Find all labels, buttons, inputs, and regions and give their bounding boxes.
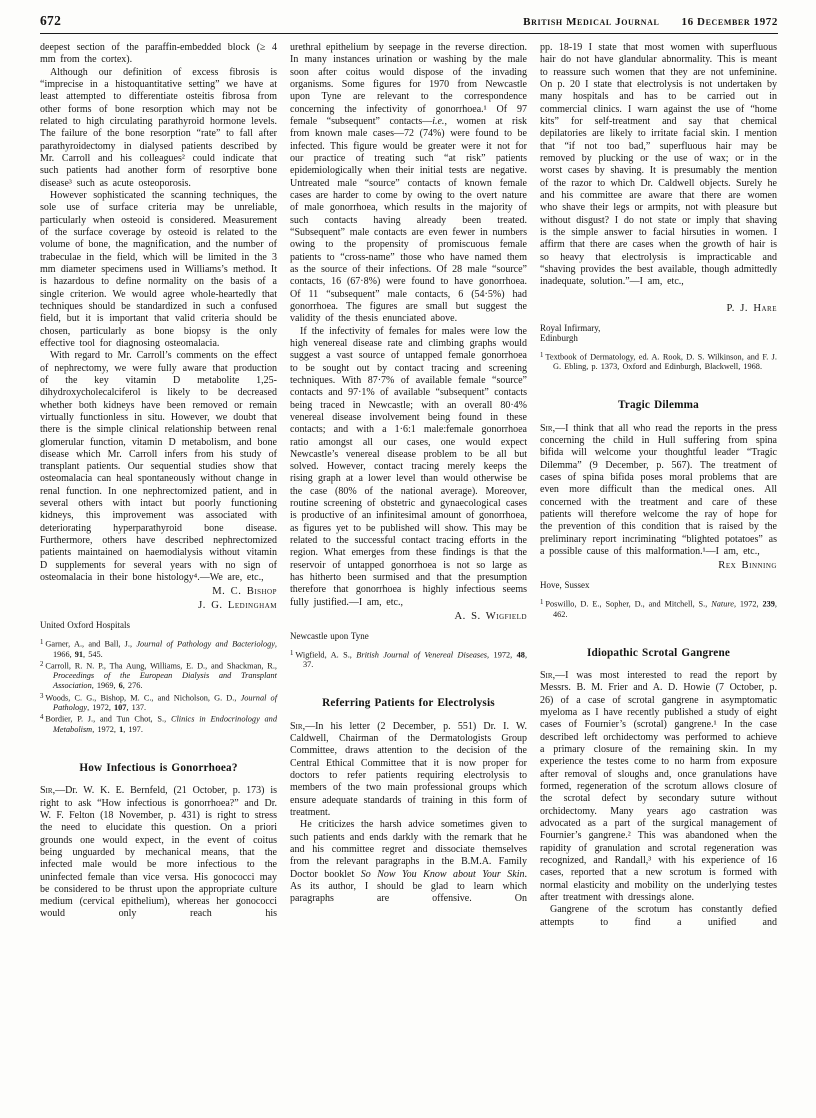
signature: Rex Binning [540,559,777,572]
text-run: , 1972, [92,725,119,734]
address: United Oxford Hospitals [40,620,277,631]
page-header: 672 British Medical Journal16 December 1… [0,0,816,29]
text-run: Bordier, P. J., and Tun Chot, S., [45,715,171,724]
text-run: ,—I was most interested to read the repo… [540,670,777,903]
paragraph: Sir,—I was most interested to read the r… [540,670,777,904]
text-run: deepest section of the paraffin-embedded… [40,42,277,65]
text-run: So Now You Know about Your Skin [361,869,525,880]
text-run: If the infectivity of females for males … [290,326,527,608]
address: Newcastle upon Tyne [290,631,527,642]
text-run: , 276. [123,681,143,690]
reference-number: 3 [40,693,43,700]
reference-item: 4Bordier, P. J., and Tun Chot, S., Clini… [40,713,277,735]
text-run: Sir [290,721,303,732]
reference-list: 1Garner, A., and Ball, J., Journal of Pa… [40,638,277,735]
text-run: Sir [540,423,553,434]
reference-item: 1Garner, A., and Ball, J., Journal of Pa… [40,638,277,660]
text-run: , 545. [83,650,103,659]
column-1: deepest section of the paraffin-embedded… [40,42,277,929]
signature: A. S. Wigfield [290,610,527,623]
column-3: pp. 18-19 I state that most women with s… [540,42,777,929]
text-run: Sir [540,670,553,681]
text-run: Poswillo, D. E., Sopher, D., and Mitchel… [545,599,711,608]
text-run: urethral epithelium by seepage in the re… [290,42,527,127]
reference-number: 4 [40,714,43,721]
text-run: , 1972, [487,650,517,659]
text-run: 48 [517,650,525,659]
reference-item: 3Woods, C. G., Bishop, M. C., and Nichol… [40,692,277,714]
text-run: 107 [114,703,126,712]
text-run: ,—Dr. W. K. E. Bernfeld, (21 October, p.… [40,785,277,919]
text-columns: deepest section of the paraffin-embedded… [0,34,816,929]
text-run: Proceedings of the European Dialysis and… [53,671,277,690]
letter-heading: How Infectious is Gonorrhoea? [40,762,277,774]
text-run: 91 [75,650,83,659]
journal-title: British Medical Journal [523,16,659,28]
text-run: Sir [40,785,53,796]
text-run: Textbook of Dermatology, ed. A. Rook, D.… [545,352,777,371]
text-run: Journal of Pathology and Bacteriology [136,640,275,649]
reference-item: 2Carroll, R. N. P., Tha Aung, Williams, … [40,660,277,692]
reference-list: 1Poswillo, D. E., Sopher, D., and Mitche… [540,598,777,620]
letter-heading: Tragic Dilemma [540,399,777,411]
reference-list: 1Wigfield, A. S., British Journal of Ven… [290,649,527,671]
paragraph: pp. 18-19 I state that most women with s… [540,42,777,289]
address-line: United Oxford Hospitals [40,620,277,631]
paragraph: Gangrene of the scrotum has constantly d… [540,904,777,929]
signature: J. G. Ledingham [40,599,277,612]
text-run: , 1972, [87,703,114,712]
text-run: , 197. [123,725,143,734]
text-run: Wigfield, A. S., [295,650,356,659]
paragraph: Sir,—In his letter (2 December, p. 551) … [290,721,527,820]
text-run: With regard to Mr. Carroll’s comments on… [40,350,277,583]
page-number: 672 [40,13,61,29]
signature: M. C. Bishop [40,585,277,598]
paragraph: If the infectivity of females for males … [290,326,527,610]
letter-heading: Referring Patients for Electrolysis [290,697,527,709]
paragraph: Sir,—I think that all who read the repor… [540,423,777,559]
address: Hove, Sussex [540,580,777,591]
text-run: i.e. [432,116,444,127]
text-run: , 1972, [734,599,763,608]
reference-number: 1 [290,650,293,657]
text-run: ,—I think that all who read the reports … [540,423,777,557]
text-run: 239 [762,599,774,608]
issue-date: 16 December 1972 [682,16,779,28]
column-2: urethral epithelium by seepage in the re… [290,42,527,929]
letter-heading: Idiopathic Scrotal Gangrene [540,647,777,659]
reference-item: 1Wigfield, A. S., British Journal of Ven… [290,649,527,671]
address-line: Newcastle upon Tyne [290,631,527,642]
text-run: However sophisticated the scanning techn… [40,190,277,349]
address: Royal Infirmary,Edinburgh [540,323,777,344]
paragraph: urethral epithelium by seepage in the re… [290,42,527,326]
reference-number: 1 [40,639,43,646]
text-run: Nature [711,599,734,608]
address-line: Hove, Sussex [540,580,777,591]
text-run: ,—In his letter (2 December, p. 551) Dr.… [290,721,527,818]
paragraph: However sophisticated the scanning techn… [40,190,277,350]
paragraph: deepest section of the paraffin-embedded… [40,42,277,67]
text-run: Although our definition of excess fibros… [40,67,277,189]
text-run: pp. 18-19 I state that most women with s… [540,42,777,287]
reference-number: 1 [540,599,543,606]
text-run: Garner, A., and Ball, J., [45,640,136,649]
reference-item: 1Textbook of Dermatology, ed. A. Rook, D… [540,351,777,373]
reference-number: 2 [40,661,43,668]
journal-masthead: British Medical Journal16 December 1972 [523,16,778,28]
paragraph: He criticizes the harsh advice sometimes… [290,819,527,905]
text-run: , 1969, [92,681,119,690]
text-run: , 137. [126,703,146,712]
journal-page: 672 British Medical Journal16 December 1… [0,0,816,1118]
reference-number: 1 [540,352,543,359]
signature: P. J. Hare [540,302,777,315]
address-line: Edinburgh [540,333,777,344]
text-run: Carroll, R. N. P., Tha Aung, Williams, E… [45,661,277,670]
text-run: , women at risk from known male cases—72… [290,116,527,324]
text-run: Gangrene of the scrotum has constantly d… [540,904,777,927]
paragraph: With regard to Mr. Carroll’s comments on… [40,350,277,584]
text-run: Woods, C. G., Bishop, M. C., and Nichols… [45,693,240,702]
paragraph: Although our definition of excess fibros… [40,67,277,190]
paragraph: Sir,—Dr. W. K. E. Bernfeld, (21 October,… [40,785,277,921]
reference-item: 1Poswillo, D. E., Sopher, D., and Mitche… [540,598,777,620]
text-run: British Journal of Venereal Diseases [356,650,487,659]
reference-list: 1Textbook of Dermatology, ed. A. Rook, D… [540,351,777,373]
address-line: Royal Infirmary, [540,323,777,334]
